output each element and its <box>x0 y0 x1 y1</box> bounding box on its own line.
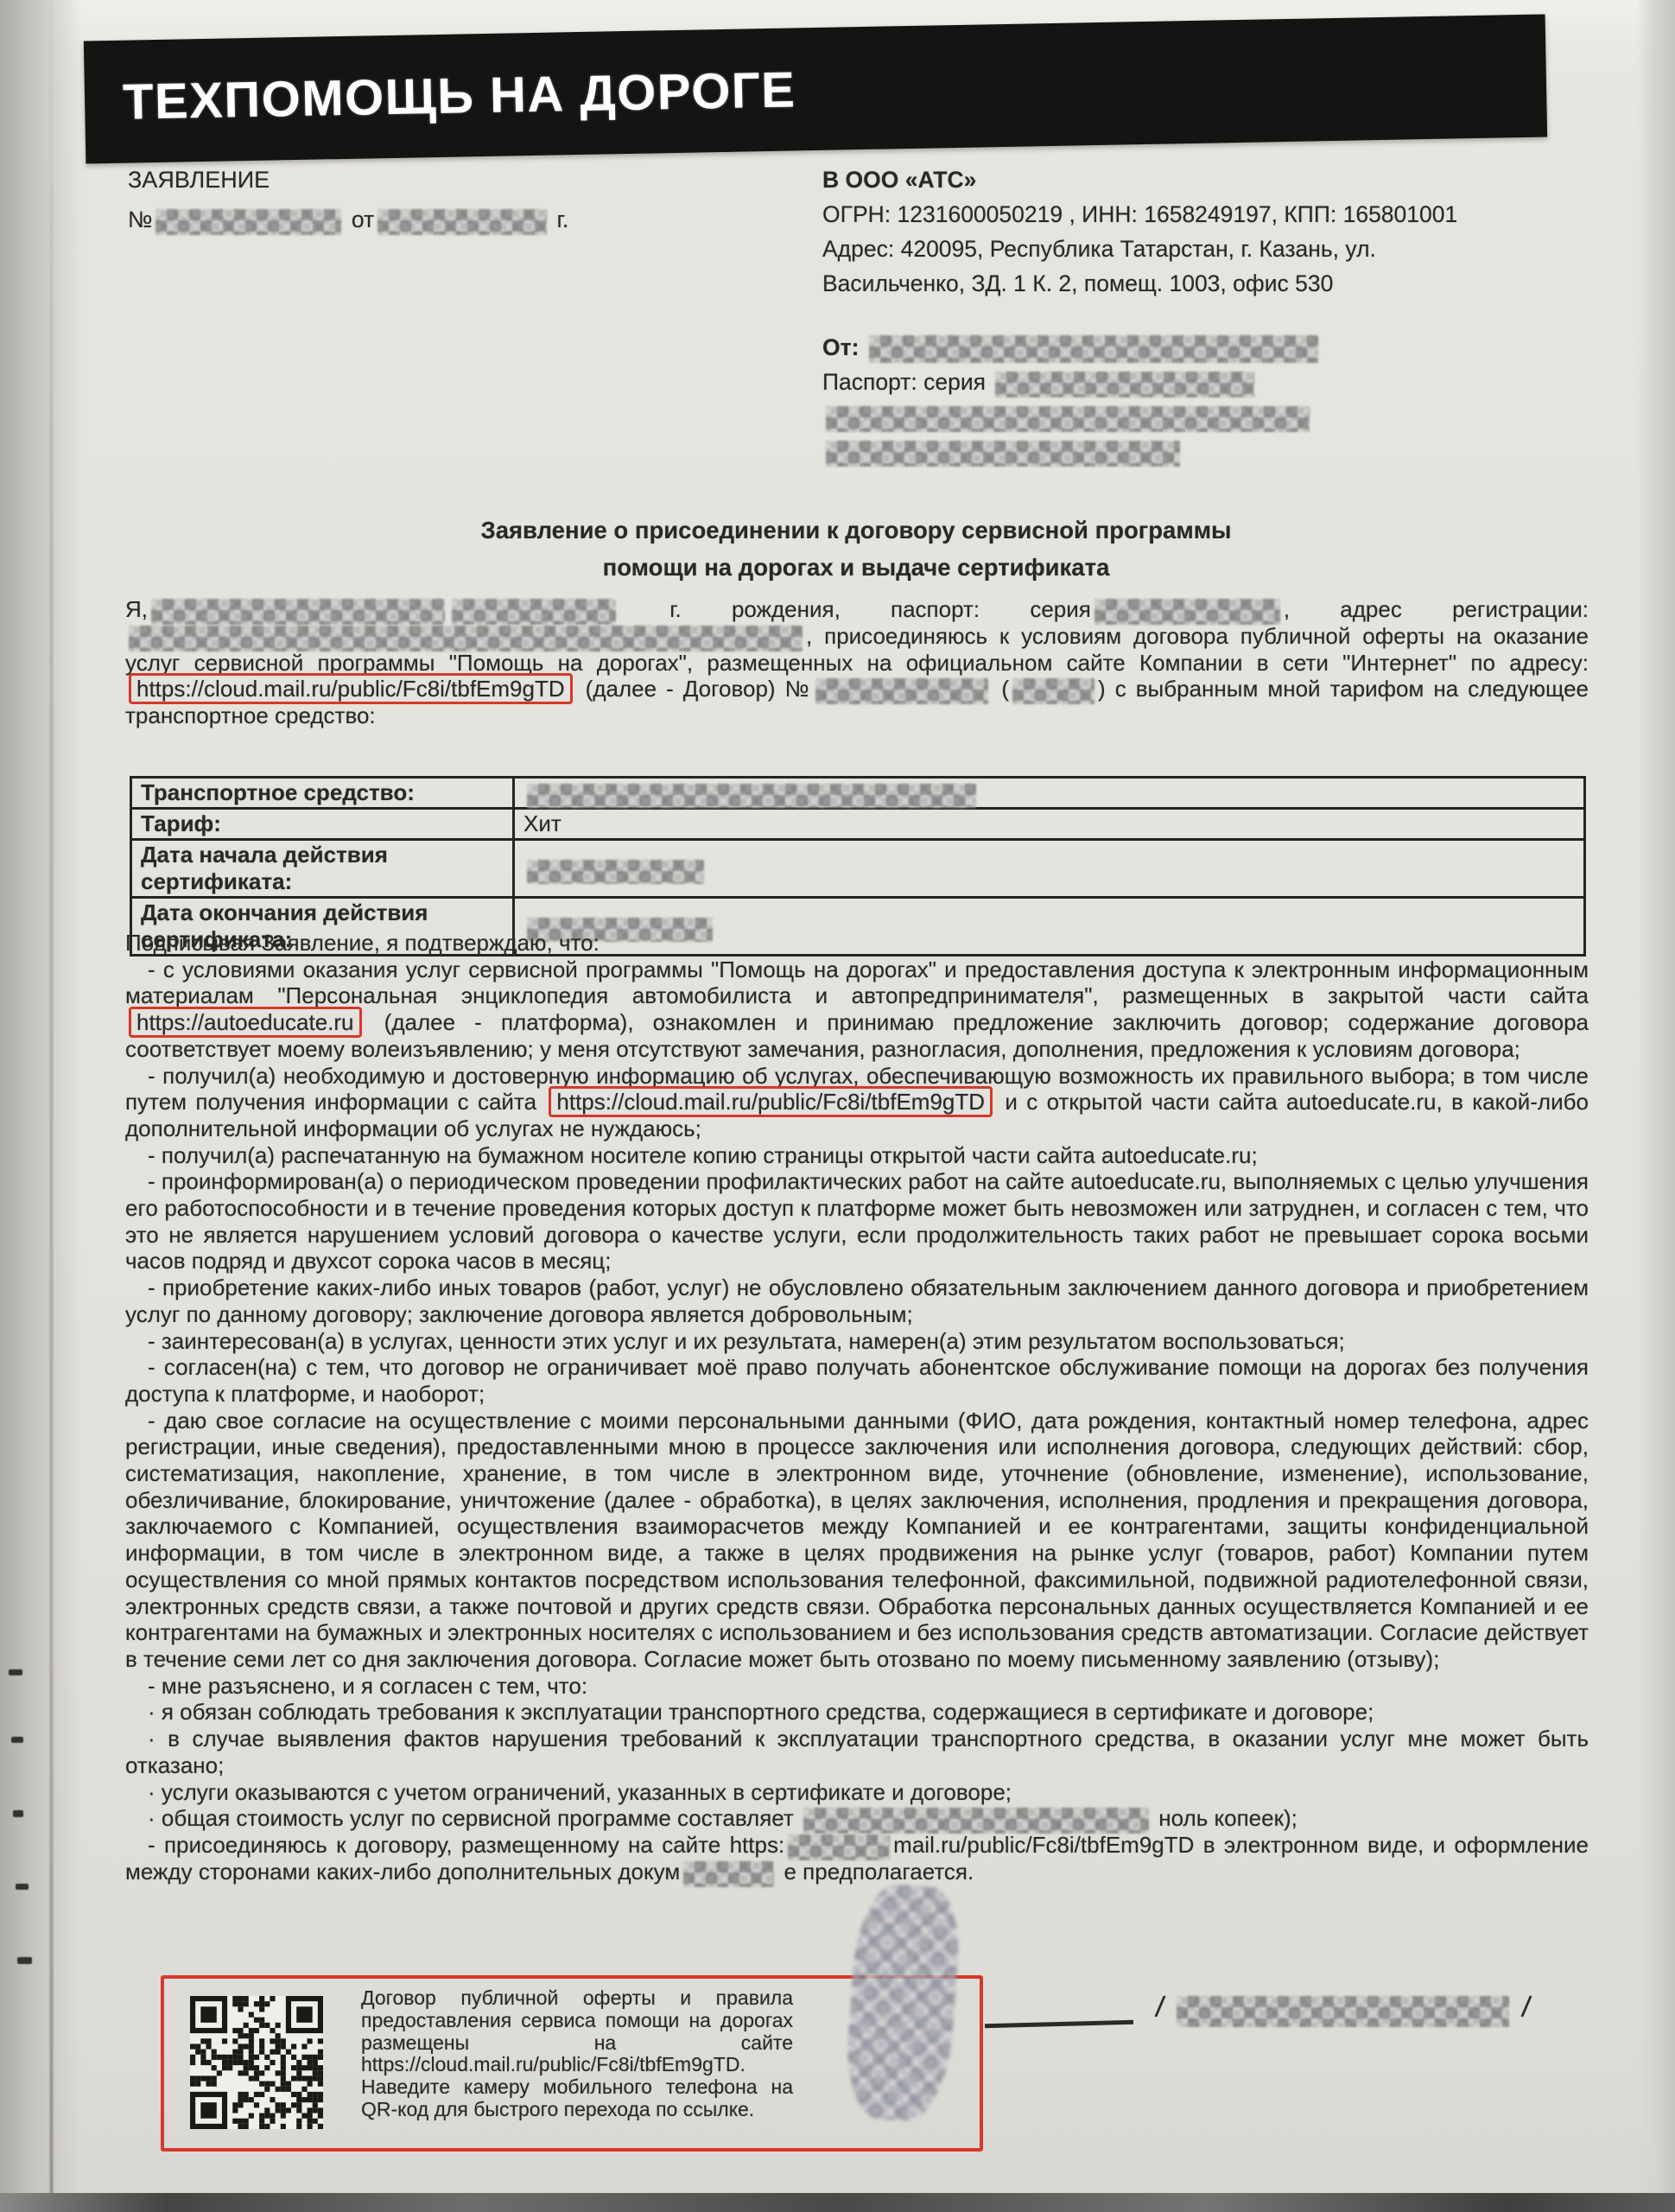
redacted-application-date <box>378 209 547 235</box>
cloud-url-text: https://cloud.mail.ru/public/Fc8i/tbfEm9… <box>556 1089 985 1115</box>
row-value <box>514 778 1585 809</box>
recipient-block: В ООО «АТС» ОГРН: 1231600050219 , ИНН: 1… <box>822 162 1600 468</box>
table-row-start-date: Дата начала действия сертификата: <box>131 840 1585 898</box>
application-meta: ЗАЯВЛЕНИЕ № от г. <box>128 162 784 237</box>
scanned-application-document: ТЕХПОМОЩЬ НА ДОРОГЕ ЗАЯВЛЕНИЕ № от г. В … <box>0 0 1675 2212</box>
confirm-item-terms: - с условиями оказания услуг сервисной п… <box>125 957 1589 1063</box>
redacted-vehicle <box>527 784 976 808</box>
scan-artifact <box>9 1669 22 1675</box>
document-title-line2: помощи на дорогах и выдаче сертификата <box>125 549 1587 586</box>
confirm-item-interested: - заинтересован(а) в услугах, ценности э… <box>125 1328 1589 1355</box>
intro-text: Я, <box>125 596 148 622</box>
document-header-bar: ТЕХПОМОЩЬ НА ДОРОГЕ <box>84 15 1547 164</box>
paper-right-edge-shadow <box>1637 0 1675 2212</box>
redacted-signatory-name <box>1177 1996 1509 2027</box>
row-label: Тариф: <box>131 809 514 840</box>
scan-artifact <box>13 1810 23 1817</box>
clause-text: е предполагается. <box>784 1859 974 1885</box>
redacted-passport-number <box>995 372 1254 397</box>
redacted-applicant-name <box>869 335 1318 363</box>
application-date-connector: от <box>352 207 374 232</box>
contract-url-text: https://cloud.mail.ru/public/Fc8i/tbfEm9… <box>136 676 565 702</box>
intro-text: г. рождения, паспорт: серия <box>669 596 1091 622</box>
redacted-cost <box>803 1808 1149 1834</box>
highlight-box-cloud-url: https://cloud.mail.ru/public/Fc8i/tbfEm9… <box>549 1086 993 1117</box>
tariff-value: Хит <box>523 810 562 836</box>
redacted-contract-number <box>815 678 988 704</box>
row-label: Дата начала действия сертификата: <box>131 840 514 898</box>
table-row-tariff: Тариф: Хит <box>131 809 1585 840</box>
signature-slash-open: / <box>1153 1991 1166 2025</box>
redacted-url-part <box>788 1834 890 1860</box>
spacer <box>822 301 1600 330</box>
confirm-item-explained: - мне разъяснено, и я согласен с тем, чт… <box>125 1673 1589 1700</box>
confirm-item-maintenance: - проинформирован(а) о периодическом про… <box>125 1168 1589 1274</box>
application-number-prefix: № <box>128 207 152 232</box>
clause-text: · общая стоимость услуг по сервисной про… <box>148 1805 794 1831</box>
redacted-birth-date <box>452 599 616 625</box>
confirmation-section: Подписывая Заявление, я подтверждаю, что… <box>125 930 1589 1885</box>
intro-paragraph: Я, г. рождения, паспорт: серия, адрес ре… <box>125 596 1589 729</box>
redacted-start-date <box>527 860 704 884</box>
applicant-passport-line: Паспорт: серия <box>822 365 1600 399</box>
redacted-full-name <box>151 599 445 625</box>
intro-text: ( <box>1001 676 1009 702</box>
recipient-address-line1: Адрес: 420095, Республика Татарстан, г. … <box>822 232 1600 266</box>
row-value: Хит <box>514 809 1585 840</box>
document-title-line1: Заявление о присоединении к договору сер… <box>125 512 1587 549</box>
qr-code <box>190 1996 323 2129</box>
confirmation-heading: Подписывая Заявление, я подтверждаю, что… <box>125 930 1589 957</box>
application-number-line: № от г. <box>128 202 784 237</box>
application-year-suffix: г. <box>556 207 568 232</box>
redacted-applicant-address <box>826 441 1180 467</box>
document-title: Заявление о присоединении к договору сер… <box>125 512 1587 586</box>
row-label: Транспортное средство: <box>131 778 514 809</box>
confirm-item-information: - получил(а) необходимую и достоверную и… <box>125 1063 1589 1142</box>
scan-artifact <box>17 1957 32 1964</box>
applicant-from-label: От: <box>822 334 859 360</box>
photo-bottom-edge <box>0 2193 1675 2212</box>
redacted-word-part <box>683 1861 774 1887</box>
redacted-passport <box>1094 599 1280 625</box>
confirm-subitem-violation: · в случае выявления фактов нарушения тр… <box>125 1726 1589 1778</box>
confirm-item-electronic-form: - присоединяюсь к договору, размещенному… <box>125 1832 1589 1885</box>
recipient-address-line2: Васильченко, ЗД. 1 К. 2, помещ. 1003, оф… <box>822 266 1600 301</box>
clause-text: ноль копеек); <box>1158 1805 1297 1831</box>
table-row-vehicle: Транспортное средство: <box>131 778 1585 809</box>
signature-slash-close: / <box>1520 1991 1532 2025</box>
intro-text: (далее - Договор) № <box>586 676 813 702</box>
applicant-address-redacted-line2 <box>822 434 1600 468</box>
redacted-application-number <box>155 209 341 235</box>
confirm-item-personal-data: - даю свое согласие на осуществление с м… <box>125 1408 1589 1673</box>
confirm-subitem-requirements: · я обязан соблюдать требования к эксплу… <box>125 1699 1589 1726</box>
applicant-passport-label: Паспорт: серия <box>822 369 986 395</box>
intro-text: , адрес регистрации: <box>1284 596 1589 622</box>
confirm-item-voluntary: - приобретение каких-либо иных товаров (… <box>125 1274 1589 1327</box>
clause-text: - с условиями оказания услуг сервисной п… <box>125 957 1589 1009</box>
signature-line <box>985 2020 1133 2029</box>
confirm-item-printed-copy: - получил(а) распечатанную на бумажном н… <box>125 1142 1589 1169</box>
redacted-applicant-address <box>826 406 1310 432</box>
redacted-contract-code <box>1012 678 1094 704</box>
highlight-box-contract-url: https://cloud.mail.ru/public/Fc8i/tbfEm9… <box>129 673 573 704</box>
scan-artifact <box>16 1884 29 1890</box>
clause-text: - присоединяюсь к договору, размещенному… <box>148 1832 784 1858</box>
highlight-box-autoeducate-url: https://autoeducate.ru <box>129 1007 362 1038</box>
confirm-item-no-limit: - согласен(на) с тем, что договор не огр… <box>125 1354 1589 1407</box>
recipient-company: В ООО «АТС» <box>822 162 1600 197</box>
document-header-title: ТЕХПОМОЩЬ НА ДОРОГЕ <box>123 60 796 130</box>
confirm-subitem-cost: · общая стоимость услуг по сервисной про… <box>125 1805 1589 1832</box>
paper-left-edge-shadow <box>0 0 83 2212</box>
application-label: ЗАЯВЛЕНИЕ <box>128 162 784 197</box>
autoeducate-url-text: https://autoeducate.ru <box>136 1009 354 1035</box>
confirm-subitem-limitations: · услуги оказываются с учетом ограничени… <box>125 1779 1589 1806</box>
scan-artifact <box>11 1737 23 1743</box>
row-value <box>514 840 1585 898</box>
paper-crease-line <box>50 0 53 2212</box>
applicant-from-line: От: <box>822 330 1600 365</box>
applicant-address-redacted-line1 <box>822 399 1600 434</box>
signature-row: / / <box>985 1987 1607 2048</box>
recipient-ogrn-line: ОГРН: 1231600050219 , ИНН: 1658249197, К… <box>822 197 1600 232</box>
redacted-registration-address <box>129 626 803 652</box>
qr-caption: Договор публичной оферты и правила предо… <box>361 1987 793 2121</box>
